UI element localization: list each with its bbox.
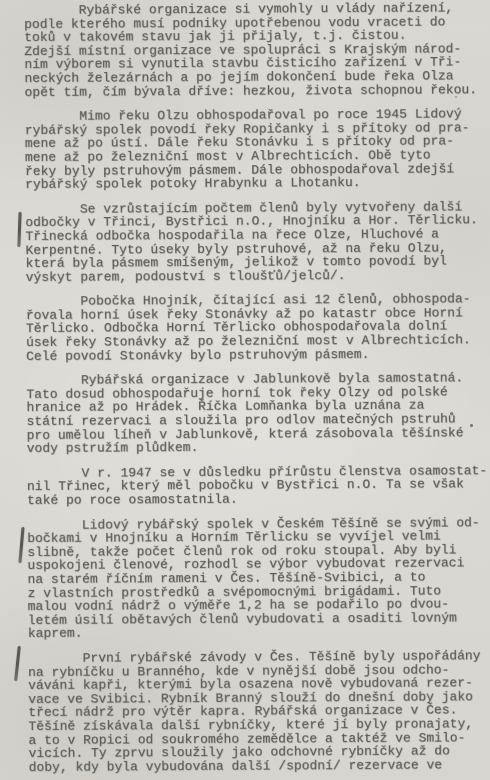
- scanned-document-page: Rybářské organizace si vymohly u vlády n…: [0, 0, 490, 780]
- scan-speck: [455, 96, 457, 98]
- margin-pen-mark: [18, 527, 24, 563]
- paragraph-4: Pobočka Hnojník, čítající asi 12 členů, …: [26, 292, 488, 363]
- margin-pen-mark: [17, 212, 21, 247]
- document-body: Rybářské organizace si vymohly u vlády n…: [24, 1, 490, 780]
- scan-speck: [470, 424, 473, 427]
- paragraph-1: Rybářské organizace si vymohly u vlády n…: [24, 1, 487, 99]
- paragraph-6: V r. 1947 se v důsledku přírůstu členstv…: [27, 464, 489, 508]
- paragraph-7: Lidový rybářský spolek v Českém Těšíně s…: [27, 516, 490, 641]
- paragraph-3: Se vzrůstajícím počtem členů byly vytvoř…: [25, 200, 487, 284]
- paragraph-8: První rybářské závody v Čes. Těšíně byly…: [28, 649, 490, 774]
- paragraph-2: Mimo řeku Olzu obhospodařoval po roce 19…: [25, 107, 487, 191]
- margin-pen-mark: [14, 646, 20, 681]
- paragraph-5: Rybářská organizace v Jablunkově byla sa…: [26, 371, 488, 455]
